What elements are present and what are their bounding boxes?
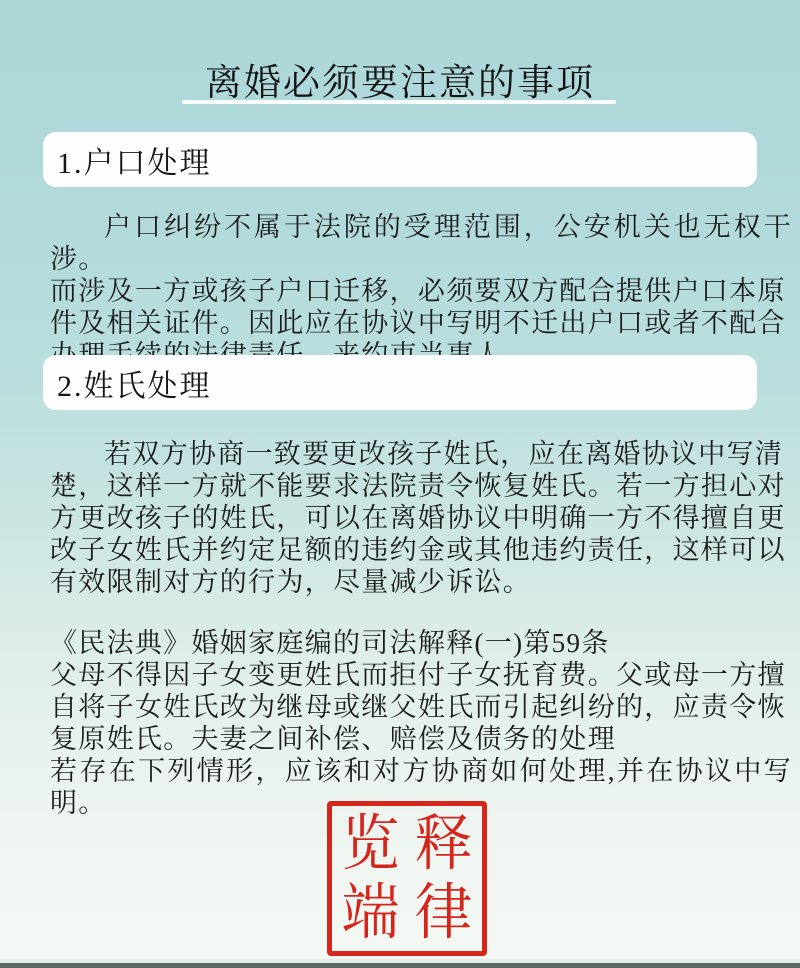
legal-note-paragraph: 《民法典》婚姻家庭编的司法解释(一)第59条 父母不得因子女变更姓氏而拒付子女抚… [50, 627, 792, 819]
section-1-heading: 1.户口处理 [43, 138, 212, 182]
section-1-paragraph: 户口纠纷不属于法院的受理范围，公安机关也无权干涉。 而涉及一方或孩子户口迁移，必… [50, 211, 792, 371]
seal-char-top-right: 释 [414, 814, 472, 875]
section-2-heading-box: 2.姓氏处理 [43, 355, 757, 410]
seal-stamp: 览 释 端 律 [327, 801, 487, 956]
section-2-heading: 2.姓氏处理 [43, 361, 212, 405]
seal-char-bottom-right: 律 [414, 882, 472, 943]
seal-char-top-left: 览 [341, 814, 399, 875]
bottom-strip-dark [0, 963, 800, 968]
page-title: 离婚必须要注意的事项 [0, 52, 800, 106]
section-2-paragraph: 若双方协商一致要更改孩子姓氏，应在离婚协议中写清 楚，这样一方就不能要求法院责令… [50, 438, 792, 598]
seal-char-bottom-left: 端 [341, 882, 399, 943]
infographic-page: 离婚必须要注意的事项 1.户口处理 户口纠纷不属于法院的受理范围，公安机关也无权… [0, 0, 800, 968]
title-underline [182, 100, 616, 104]
section-1-heading-box: 1.户口处理 [43, 132, 757, 187]
